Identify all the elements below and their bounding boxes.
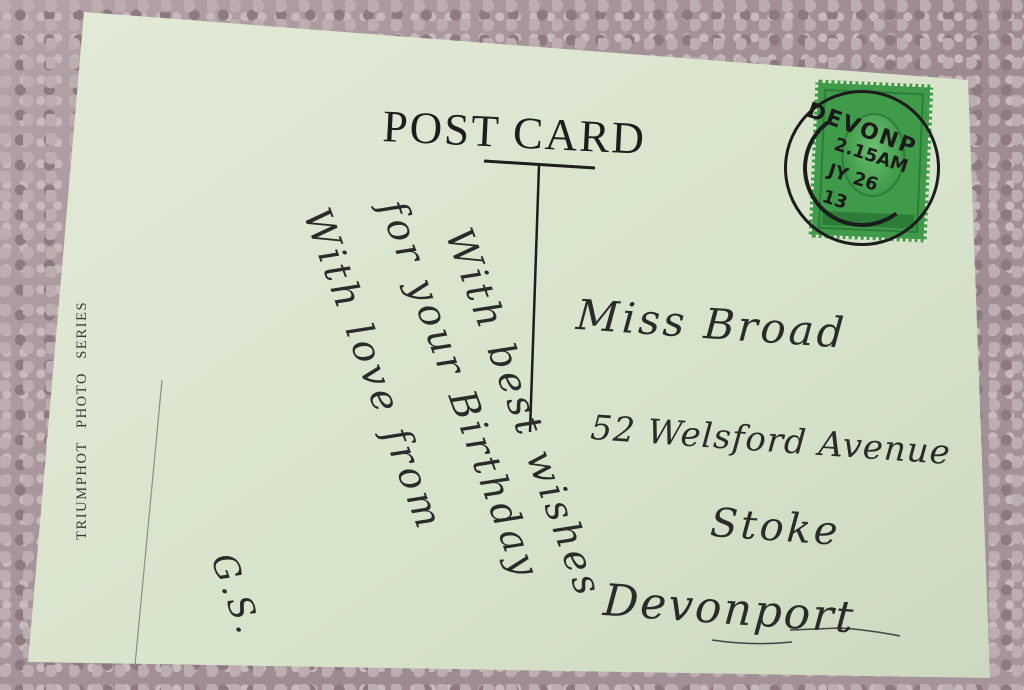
address-area: Stoke xyxy=(709,500,842,555)
publisher-line: TRIUMPHOT PHOTO SERIES xyxy=(74,301,91,540)
